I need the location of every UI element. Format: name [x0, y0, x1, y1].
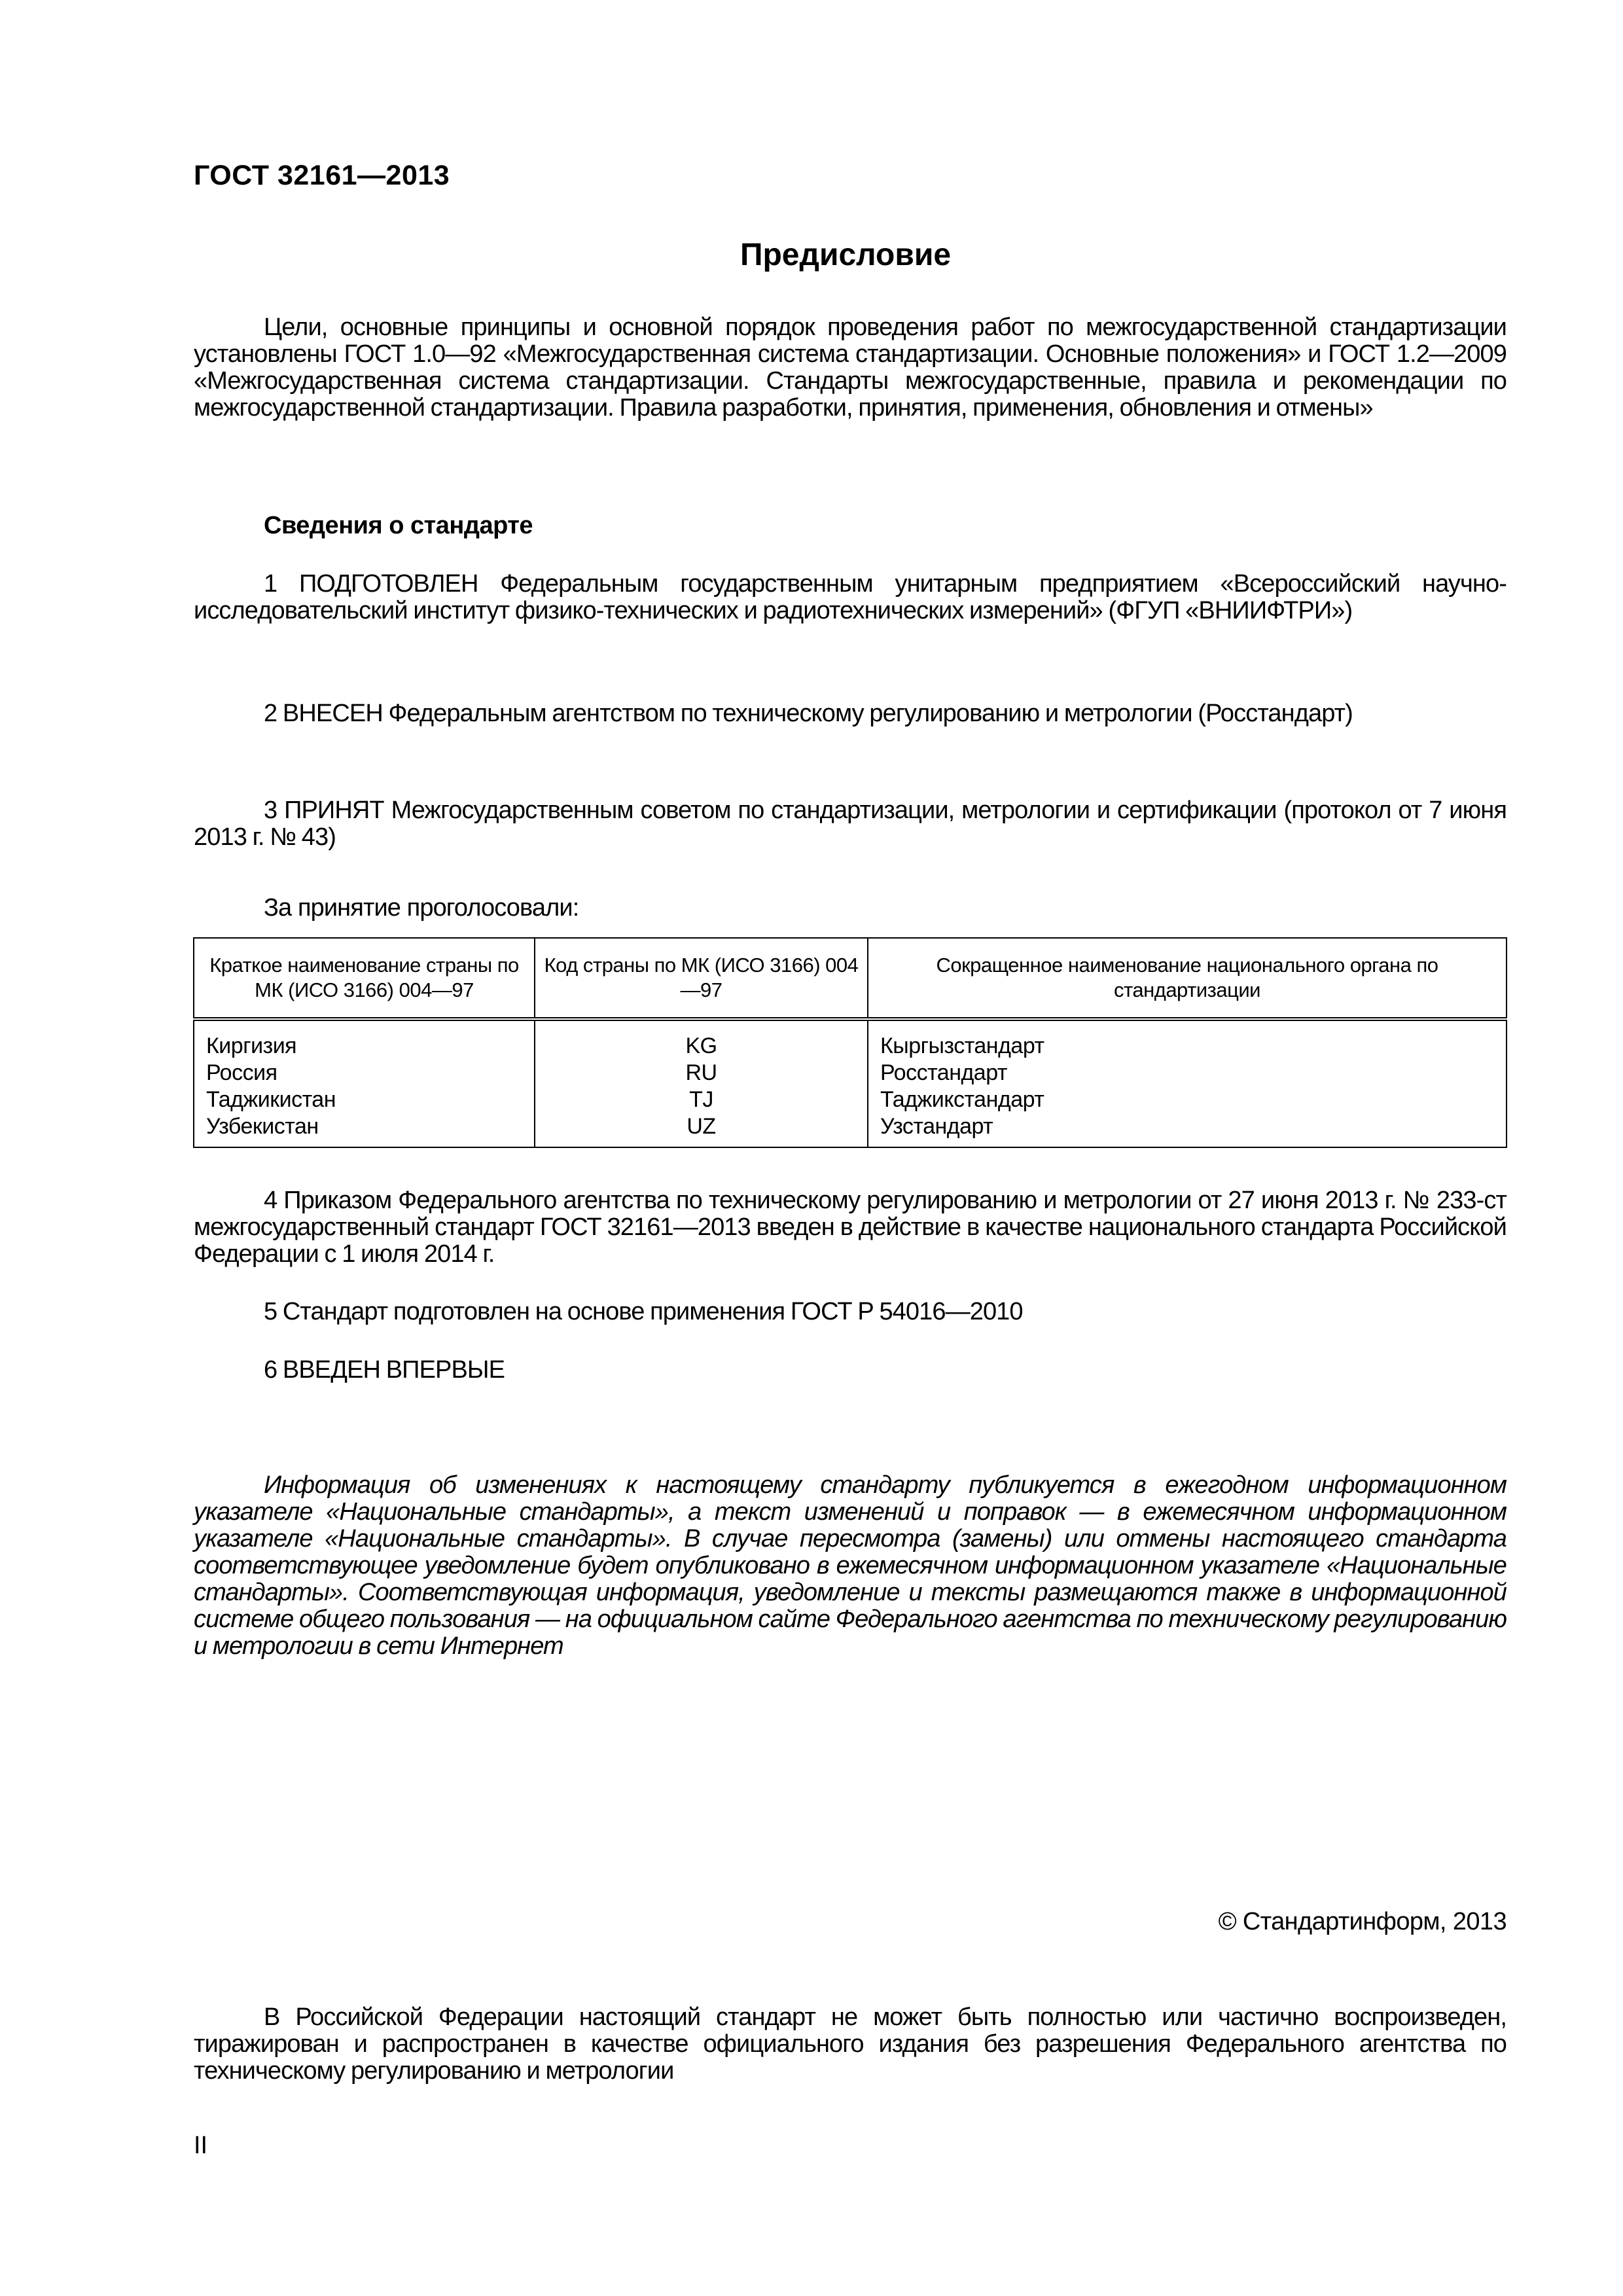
- country-name: Таджикистан: [194, 1086, 535, 1113]
- header-standards-body: Сокращенное наименование национального о…: [868, 938, 1507, 1019]
- page-number: II: [194, 2132, 207, 2160]
- country-code: RU: [535, 1060, 868, 1086]
- header-country-name: Краткое наименование страны по МК (ИСО 3…: [194, 938, 535, 1019]
- country-code: TJ: [535, 1086, 868, 1113]
- table-row: Россия RU Росстандарт: [194, 1060, 1507, 1086]
- voting-countries-table: Краткое наименование страны по МК (ИСО 3…: [193, 937, 1507, 1148]
- item-first-introduced: 6 ВВЕДЕН ВПЕРВЫЕ: [194, 1357, 1507, 1384]
- vote-label: За принятие проголосовали:: [264, 894, 579, 922]
- country-name: Киргизия: [194, 1019, 535, 1060]
- item-prepared: 1 ПОДГОТОВЛЕН Федеральным государственны…: [194, 571, 1507, 624]
- intro-paragraph: Цели, основные принципы и основной поряд…: [194, 314, 1507, 422]
- table-header-row: Краткое наименование страны по МК (ИСО 3…: [194, 938, 1507, 1019]
- country-code: UZ: [535, 1113, 868, 1147]
- header-country-code: Код страны по МК (ИСО 3166) 004—97: [535, 938, 868, 1019]
- change-notice: Информация об изменениях к настоящему ст…: [194, 1472, 1507, 1660]
- country-code: KG: [535, 1019, 868, 1060]
- item-basis: 5 Стандарт подготовлен на основе примене…: [194, 1299, 1507, 1325]
- item-adopted: 3 ПРИНЯТ Межгосударственным советом по с…: [194, 797, 1507, 851]
- standards-body: Узстандарт: [868, 1113, 1507, 1147]
- country-name: Узбекистан: [194, 1113, 535, 1147]
- table-row: Таджикистан TJ Таджикстандарт: [194, 1086, 1507, 1113]
- table-row: Киргизия KG Кыргызстандарт: [194, 1019, 1507, 1060]
- section-heading: Сведения о стандарте: [264, 512, 533, 540]
- document-code: ГОСТ 32161—2013: [194, 160, 450, 192]
- item-enacted: 4 Приказом Федерального агентства по тех…: [194, 1187, 1507, 1268]
- item-submitted: 2 ВНЕСЕН Федеральным агентством по техни…: [194, 700, 1507, 727]
- standards-body: Росстандарт: [868, 1060, 1507, 1086]
- standards-body: Таджикстандарт: [868, 1086, 1507, 1113]
- standards-body: Кыргызстандарт: [868, 1019, 1507, 1060]
- rights-notice: В Российской Федерации настоящий стандар…: [194, 2004, 1507, 2085]
- copyright-notice: © Стандартинформ, 2013: [1219, 1908, 1507, 1936]
- page-title: Предисловие: [0, 237, 1623, 273]
- table-row: Узбекистан UZ Узстандарт: [194, 1113, 1507, 1147]
- country-name: Россия: [194, 1060, 535, 1086]
